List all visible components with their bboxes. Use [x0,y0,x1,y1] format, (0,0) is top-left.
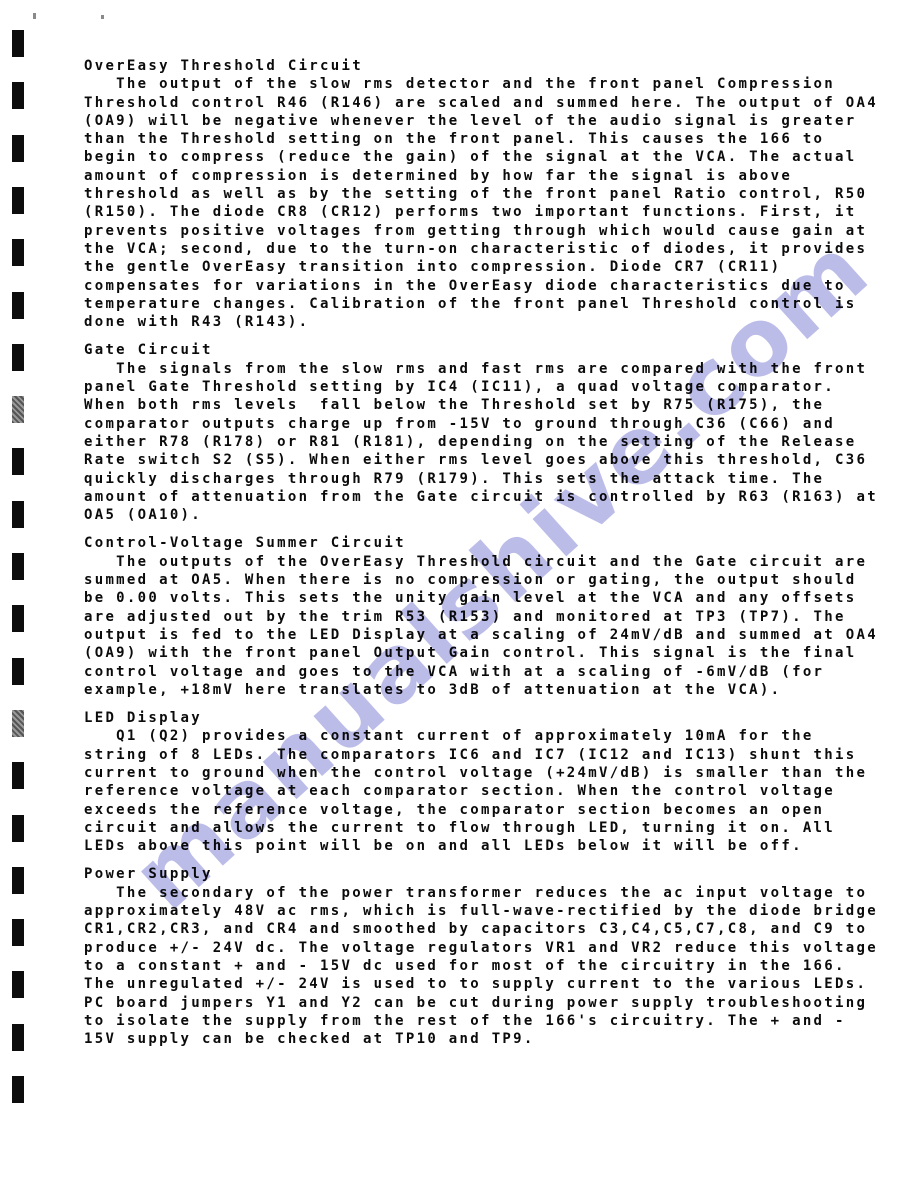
edge-mark [12,971,24,998]
edge-mark [12,30,24,57]
section-heading: Gate Circuit [84,341,904,359]
edge-mark [12,605,24,632]
edge-mark [12,344,24,371]
section-body: The secondary of the power transformer r… [84,884,904,1049]
edge-mark [12,815,24,842]
edge-mark [12,501,24,528]
edge-mark [12,1076,24,1103]
section-led-display: LED Display Q1 (Q2) provides a constant … [84,709,904,855]
section-overeasy-threshold-circuit: OverEasy Threshold Circuit The output of… [84,57,904,331]
edge-mark [12,135,24,162]
scanned-manual-page: OverEasy Threshold Circuit The output of… [0,0,918,1188]
section-heading: LED Display [84,709,904,727]
edge-mark [12,1024,24,1051]
section-body: The signals from the slow rms and fast r… [84,360,904,525]
section-heading: Power Supply [84,865,904,883]
section-body: The outputs of the OverEasy Threshold ci… [84,553,904,699]
scan-speck [33,13,36,19]
scan-speck [101,15,104,19]
edge-mark [12,762,24,789]
section-heading: Control-Voltage Summer Circuit [84,534,904,552]
edge-mark [12,292,24,319]
section-body: Q1 (Q2) provides a constant current of a… [84,727,904,855]
section-power-supply: Power Supply The secondary of the power … [84,865,904,1048]
edge-mark [12,448,24,475]
section-control-voltage-summer-circuit: Control-Voltage Summer Circuit The outpu… [84,534,904,699]
section-body: The output of the slow rms detector and … [84,75,904,331]
edge-mark [12,396,24,423]
edge-mark [12,187,24,214]
edge-mark [12,867,24,894]
section-heading: OverEasy Threshold Circuit [84,57,904,75]
edge-mark [12,82,24,109]
edge-mark [12,658,24,685]
edge-mark [12,710,24,737]
section-gate-circuit: Gate Circuit The signals from the slow r… [84,341,904,524]
edge-mark [12,239,24,266]
page-text: OverEasy Threshold Circuit The output of… [84,57,904,1058]
edge-mark [12,919,24,946]
edge-mark [12,553,24,580]
